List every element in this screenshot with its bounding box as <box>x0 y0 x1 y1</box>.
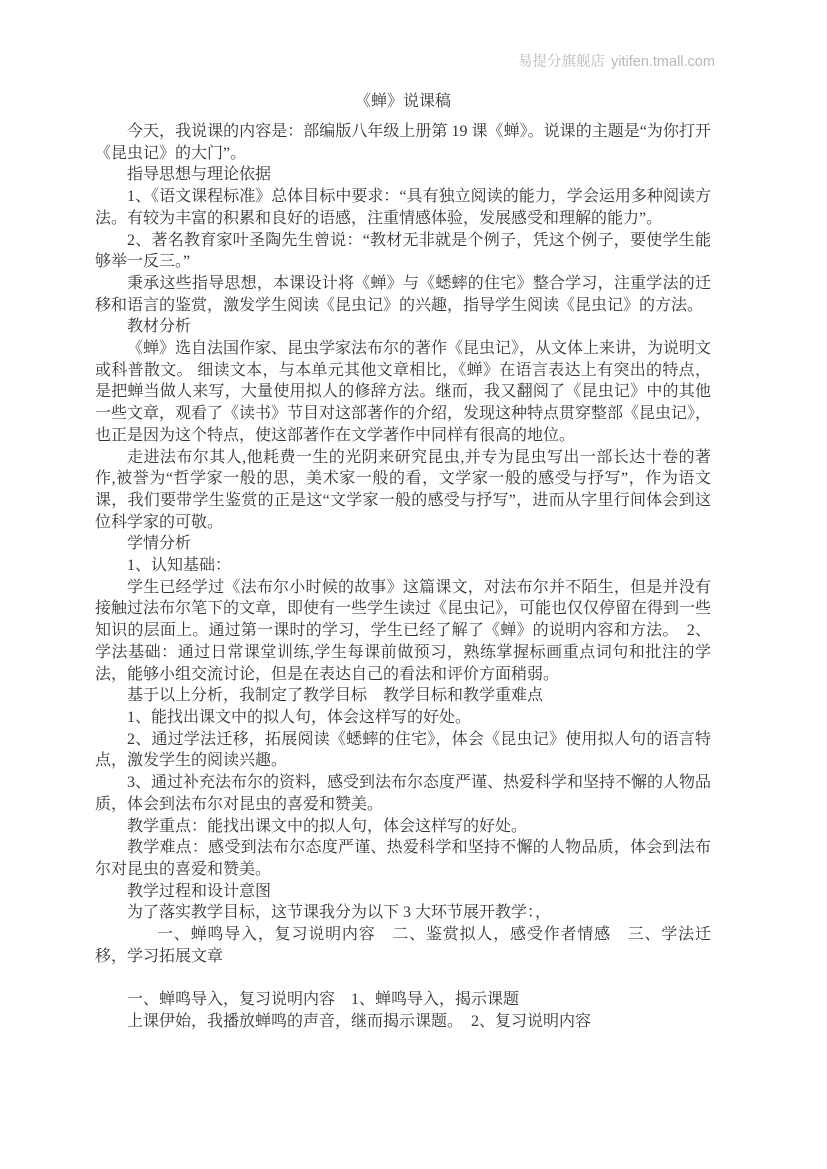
document-title: 《蝉》说课稿 <box>95 91 711 112</box>
watermark: 易提分旗舰店yitifen.tmall.com <box>518 54 718 70</box>
paragraph: 2、著名教育家叶圣陶先生曾说：“教材无非就是个例子，凭这个例子，要使学生能够举一… <box>95 230 711 273</box>
paragraph: 1、《语文课程标准》总体目标中要求：“具有独立阅读的能力，学会运用多种阅读方法。… <box>95 186 711 229</box>
paragraph: 今天，我说课的内容是：部编版八年级上册第 19 课《蝉》。说课的主题是“为你打开… <box>95 121 711 164</box>
paragraph: 教学过程和设计意图 <box>95 881 711 903</box>
paragraph: 为了落实教学目标，这节课我分为以下 3 大环节展开教学：， <box>95 902 711 924</box>
watermark-url: yitifen.tmall.com <box>611 54 715 70</box>
paragraph: 学生已经学过《法布尔小时候的故事》这篇课文，对法布尔并不陌生，但是并没有接触过法… <box>95 577 711 686</box>
paragraph: 《蝉》选自法国作家、昆虫学家法布尔的著作《昆虫记》，从文体上来讲，为说明文或科普… <box>95 338 711 447</box>
paragraph: 教材分析 <box>95 316 711 338</box>
paragraph: 上课伊始，我播放蝉鸣的声音，继而揭示课题。 2、复习说明内容 <box>95 1011 711 1033</box>
document-page: 易提分旗舰店yitifen.tmall.com 《蝉》说课稿 今天，我说课的内容… <box>0 0 827 1169</box>
watermark-store-name: 易提分旗舰店 <box>518 54 605 70</box>
document-body: 《蝉》说课稿 今天，我说课的内容是：部编版八年级上册第 19 课《蝉》。说课的主… <box>95 91 711 1033</box>
paragraph: 一、蝉鸣导入，复习说明内容 二、鉴赏拟人，感受作者情感 三、学法迁移，学习拓展文… <box>95 924 711 967</box>
paragraph: 秉承这些指导思想，本课设计将《蝉》与《蟋蟀的住宅》整合学习，注重学法的迁移和语言… <box>95 273 711 316</box>
paragraph: 1、认知基础： <box>95 555 711 577</box>
paragraph: 教学难点：感受到法布尔态度严谨、热爱科学和坚持不懈的人物品质，体会到法布尔对昆虫… <box>95 837 711 880</box>
paragraph: 2、通过学法迁移，拓展阅读《蟋蟀的住宅》，体会《昆虫记》使用拟人句的语言特点，激… <box>95 729 711 772</box>
paragraph: 基于以上分析，我制定了教学目标 教学目标和教学重难点 <box>95 685 711 707</box>
paragraph: 学情分析 <box>95 533 711 555</box>
paragraph: 指导思想与理论依据 <box>95 164 711 186</box>
paragraph: 3、通过补充法布尔的资料，感受到法布尔态度严谨、热爱科学和坚持不懈的人物品质，体… <box>95 772 711 815</box>
paragraph: 教学重点：能找出课文中的拟人句，体会这样写的好处。 <box>95 816 711 838</box>
paragraph: 1、能找出课文中的拟人句，体会这样写的好处。 <box>95 707 711 729</box>
paragraph: 一、蝉鸣导入，复习说明内容 1、蝉鸣导入，揭示课题 <box>95 989 711 1011</box>
paragraph: 走进法布尔其人,他耗费一生的光阴来研究昆虫,并专为昆虫写出一部长达十卷的著作,被… <box>95 447 711 534</box>
